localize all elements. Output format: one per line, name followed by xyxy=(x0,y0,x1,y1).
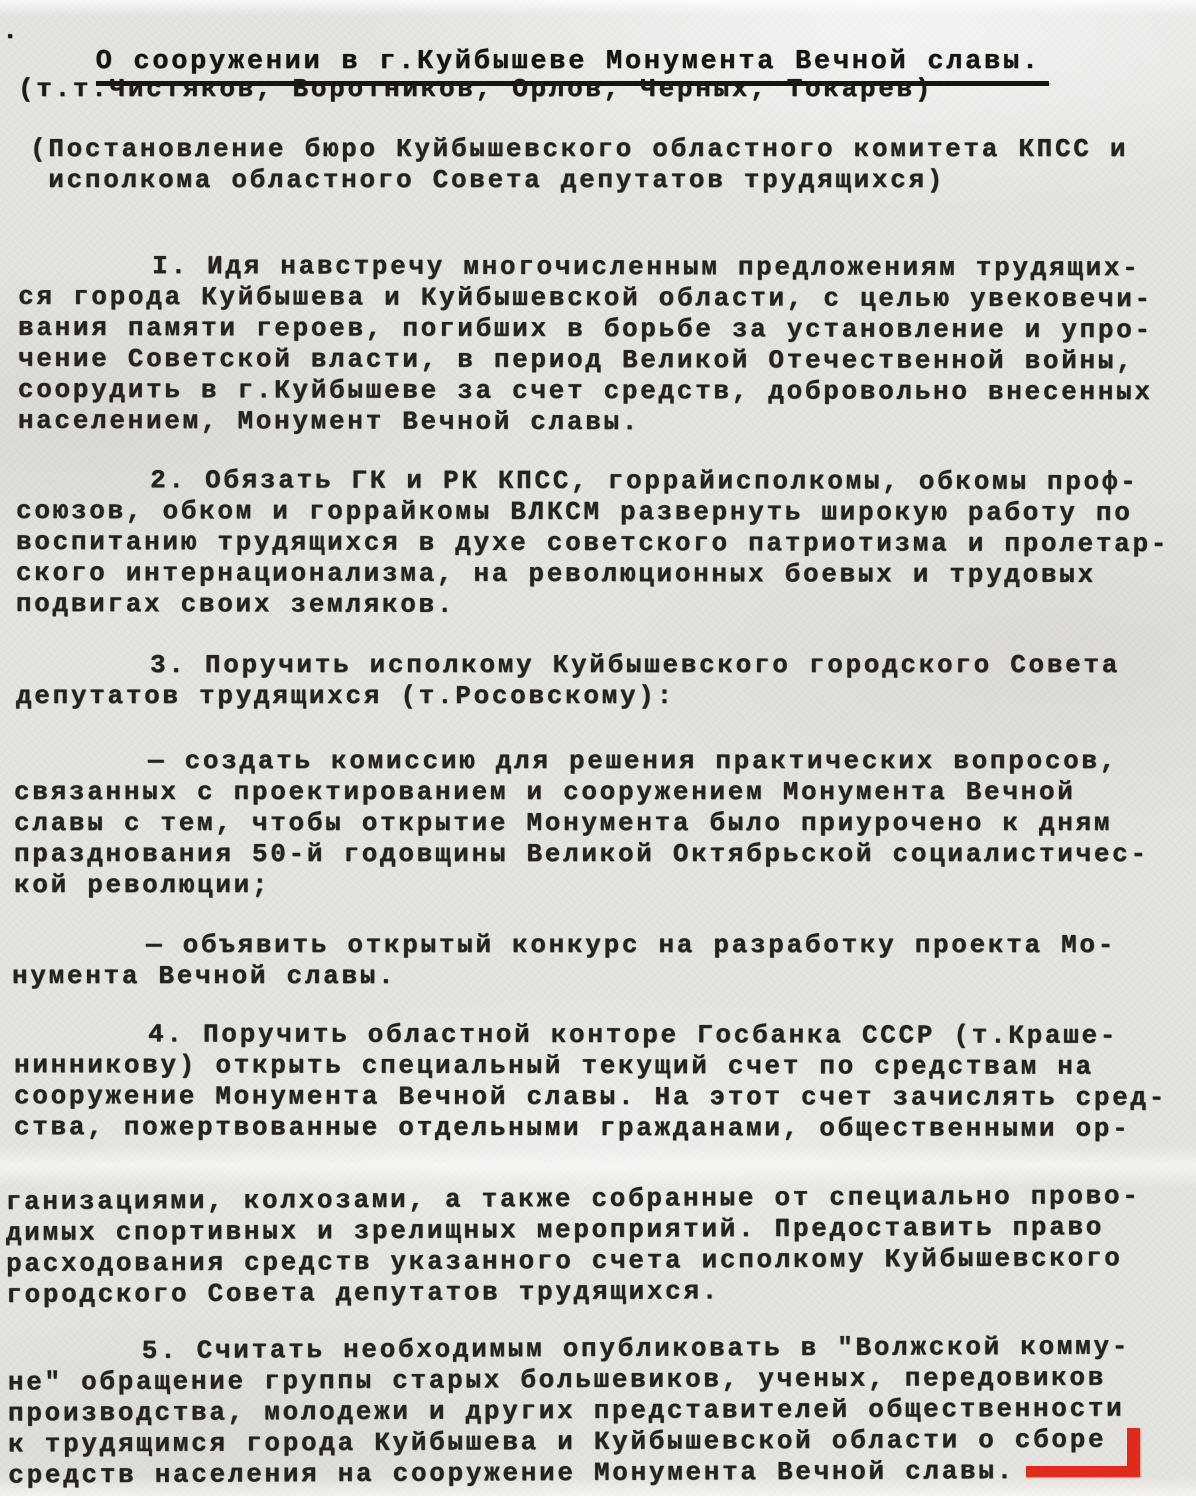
red-corner-bracket-annotation xyxy=(1026,1428,1140,1477)
scan-top-light-band xyxy=(0,0,1196,16)
subitem-create-commission: — создать комиссию для решения практичес… xyxy=(14,746,1149,901)
paragraph-3: 3. Поручить исполкому Куйбышевского горо… xyxy=(16,650,1120,712)
paragraph-1: I. Идя навстречу многочисленным предложе… xyxy=(18,251,1153,439)
page-number-marker: 2. xyxy=(0,16,21,47)
scanned-document-page: 2. О сооружении в г.Куйбышеве Монумента … xyxy=(0,0,1196,1496)
paragraph-4-continuation: ганизациями, колхозами, а также собранны… xyxy=(6,1181,1141,1311)
paragraph-4: 4. Поручить областной конторе Госбанка С… xyxy=(14,1019,1167,1145)
paragraph-2: 2. Обязать ГК и РК КПСС, горрайисполкомы… xyxy=(16,465,1169,622)
subitem-open-contest: — объявить открытый конкурс на разработк… xyxy=(12,930,1116,992)
paragraph-5: 5. Считать необходимым опубликовать в "В… xyxy=(8,1332,1131,1492)
attendees-line: (т.т.Чистяков, Воротников, Орлов, Черных… xyxy=(18,74,933,105)
resolution-source-note: (Постановление бюро Куйбышевского област… xyxy=(30,134,1128,196)
